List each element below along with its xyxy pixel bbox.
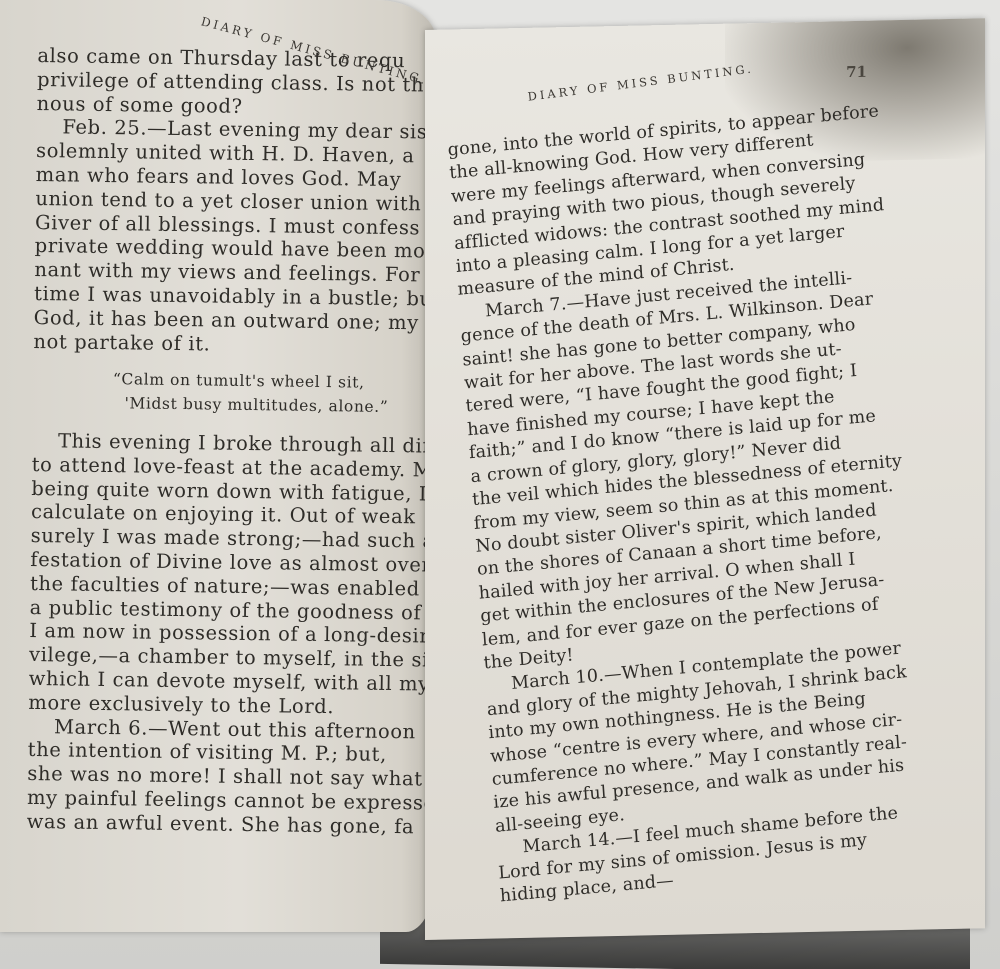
page-number: 71	[846, 63, 867, 81]
left-page-text: Diary of Miss Bunting. also came on Thur…	[27, 14, 458, 839]
running-head-right: Diary of Miss Bunting.	[527, 61, 754, 103]
left-page: Diary of Miss Bunting. also came on Thur…	[0, 0, 436, 932]
right-page: 71 Diary of Miss Bunting. gone, into the…	[425, 18, 985, 940]
text-line: was an awful event. She has gone, fa	[27, 810, 447, 840]
